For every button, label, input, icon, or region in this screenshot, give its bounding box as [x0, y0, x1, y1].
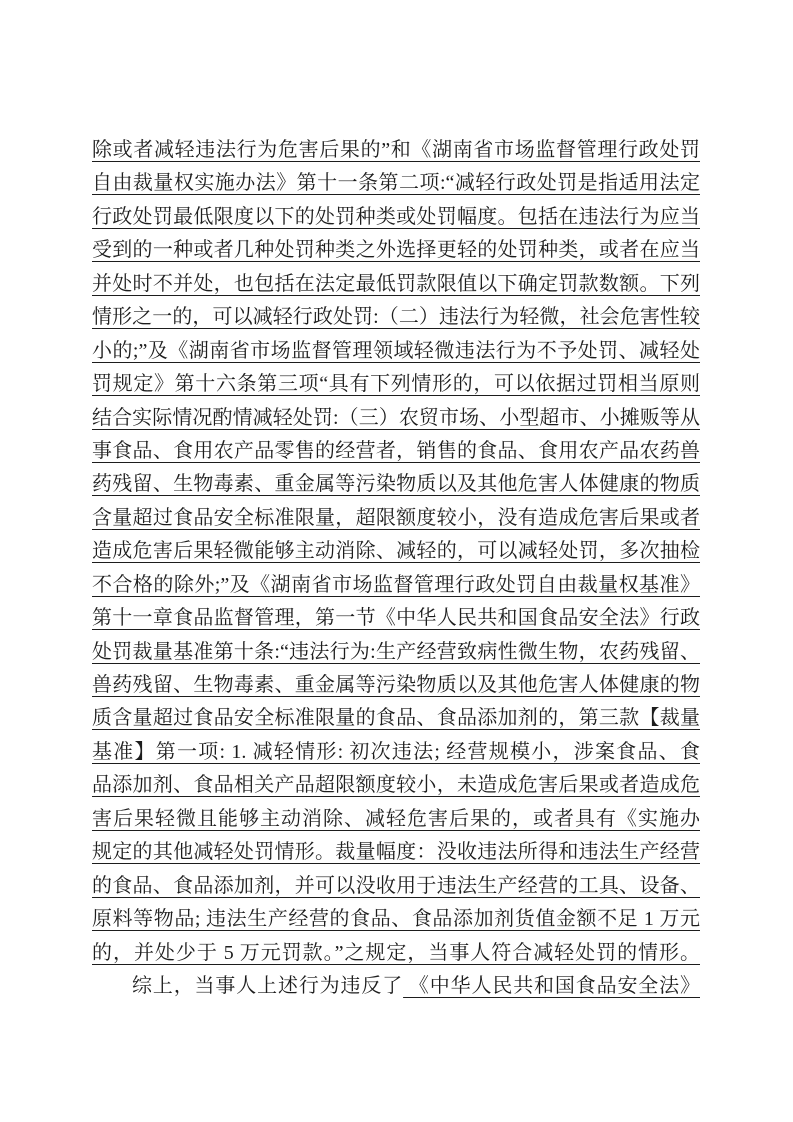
text-line: 情形之一的，可以减轻行政处罚:（二）违法行为轻微，社会危害性较 — [92, 301, 700, 334]
text-line: 兽药残留、生物毒素、重金属等污染物质以及其他危害人体健康的物 — [92, 669, 700, 702]
text-line: 药残留、生物毒素、重金属等污染物质以及其他危害人体健康的物质 — [92, 468, 700, 501]
law-title-underlined: 《中华人民共和国食品安全法》 — [403, 975, 700, 997]
document-page: 除或者减轻违法行为危害后果的”和《湖南省市场监督管理行政处罚自由裁量权实施办法》… — [0, 0, 793, 1122]
text-line: 罚规定》第十六条第三项“具有下列情形的，可以依据过罚相当原则 — [92, 368, 700, 401]
text-line: 不合格的除外;”及《湖南省市场监督管理行政处罚自由裁量权基准》 — [92, 569, 700, 602]
text-line: 造成危害后果轻微能够主动消除、减轻的，可以减轻处罚，多次抽检 — [92, 535, 700, 568]
text-line: 原料等物品; 违法生产经营的食品、食品添加剂货值金额不足 1 万元 — [92, 903, 700, 936]
text-line: 小的;”及《湖南省市场监督管理领域轻微违法行为不予处罚、减轻处 — [92, 335, 700, 368]
text-line: 第十一章食品监督管理，第一节《中华人民共和国食品安全法》行政 — [92, 602, 700, 635]
text-line: 事食品、食用农产品零售的经营者，销售的食品、食用农产品农药兽 — [92, 435, 700, 468]
text-line: 结合实际情况酌情减轻处罚:（三）农贸市场、小型超市、小摊贩等从 — [92, 402, 700, 435]
text-block: 除或者减轻违法行为危害后果的”和《湖南省市场监督管理行政处罚自由裁量权实施办法》… — [92, 134, 700, 1003]
text-line: 受到的一种或者几种处罚种类之外选择更轻的处罚种类，或者在应当 — [92, 234, 700, 267]
text-line: 并处时不并处，也包括在法定最低罚款限值以下确定罚款数额。下列 — [92, 268, 700, 301]
text-line: 含量超过食品安全标准限量，超限额度较小，没有造成危害后果或者 — [92, 502, 700, 535]
text-line: 规定的其他减轻处罚情形。裁量幅度：没收违法所得和违法生产经营 — [92, 836, 700, 869]
text-line: 基准】第一项: 1. 减轻情形: 初次违法; 经营规模小，涉案食品、食 — [92, 736, 700, 769]
text-line: 行政处罚最低限度以下的处罚种类或处罚幅度。包括在违法行为应当 — [92, 201, 700, 234]
final-line-plain-text: 综上，当事人上述行为违反了 — [132, 975, 403, 997]
text-line: 品添加剂、食品相关产品超限额度较小，未造成危害后果或者造成危 — [92, 769, 700, 802]
text-line: 的食品、食品添加剂，并可以没收用于违法生产经营的工具、设备、 — [92, 870, 700, 903]
text-line: 自由裁量权实施办法》第十一条第二项:“减轻行政处罚是指适用法定 — [92, 167, 700, 200]
text-line: 的，并处少于 5 万元罚款。”之规定，当事人符合减轻处罚的情形。 — [92, 937, 700, 970]
text-line: 除或者减轻违法行为危害后果的”和《湖南省市场监督管理行政处罚 — [92, 134, 700, 167]
text-line: 处罚裁量基准第十条:“违法行为:生产经营致病性微生物，农药残留、 — [92, 636, 700, 669]
text-line: 害后果轻微且能够主动消除、减轻危害后果的，或者具有《实施办法》 — [92, 803, 700, 836]
text-line: 质含量超过食品安全标准限量的食品、食品添加剂的，第三款【裁量 — [92, 702, 700, 735]
final-line: 综上，当事人上述行为违反了 《中华人民共和国食品安全法》 — [92, 970, 700, 1003]
